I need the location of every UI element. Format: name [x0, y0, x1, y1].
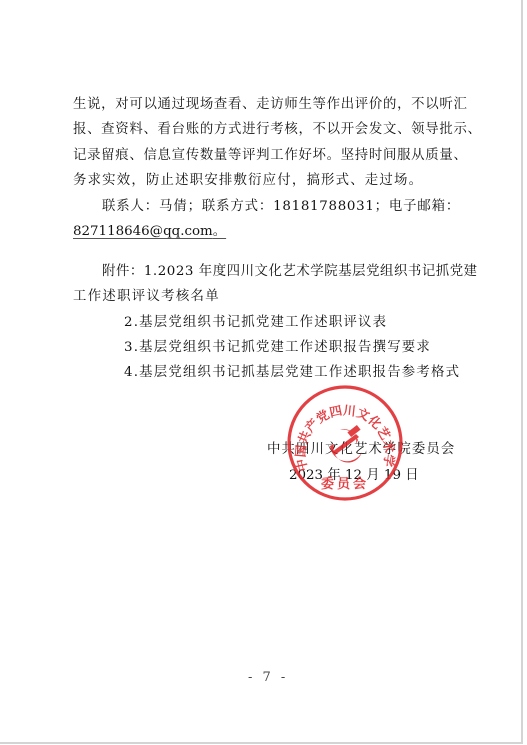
attachment-line-1-cont: 工作述职评议考核名单 — [73, 288, 220, 306]
attachment-item-3: 3.基层党组织书记抓党建工作述职报告撰写要求 — [124, 339, 431, 357]
attachment-item-4: 4.基层党组织书记抓基层党建工作述职报告参考格式 — [124, 364, 460, 382]
page-number: - 7 - — [248, 670, 288, 685]
email-suffix: 。 — [213, 224, 226, 239]
attachment-item-2: 2.基层党组织书记抓党建工作述职评议表 — [124, 314, 387, 332]
body-line-1: 生说，对可以通过现场查看、走访师生等作出评价的，不以听汇 — [73, 96, 460, 114]
email-link[interactable]: 827118646@qq.com — [73, 224, 213, 239]
email-line: 827118646@qq.com。 — [73, 223, 226, 241]
attachment-line-1: 附件：1.2023 年度四川文化艺术学院基层党组织书记抓党建 — [102, 263, 478, 281]
body-line-4: 务求实效，防止述职安排敷衍应付，搞形式、走过场。 — [73, 172, 423, 190]
body-line-3: 记录留痕、信息宣传数量等评判工作好坏。坚持时间服从质量、 — [73, 147, 460, 165]
signature-organization: 中共四川文化艺术学院委员会 — [267, 441, 455, 459]
signature-date: 2023 年 12 月 19 日 — [289, 467, 419, 485]
contact-line: 联系人：马倩；联系方式：18181788031；电子邮箱： — [102, 198, 460, 216]
body-line-2: 报、查资料、看台账的方式进行考核，不以开会发文、领导批示、 — [73, 121, 460, 139]
svg-text:中国共产党四川文化艺术学院: 中国共产党四川文化艺术学院 — [286, 384, 397, 473]
document-page: 生说，对可以通过现场查看、走访师生等作出评价的，不以听汇 报、查资料、看台账的方… — [0, 0, 523, 744]
